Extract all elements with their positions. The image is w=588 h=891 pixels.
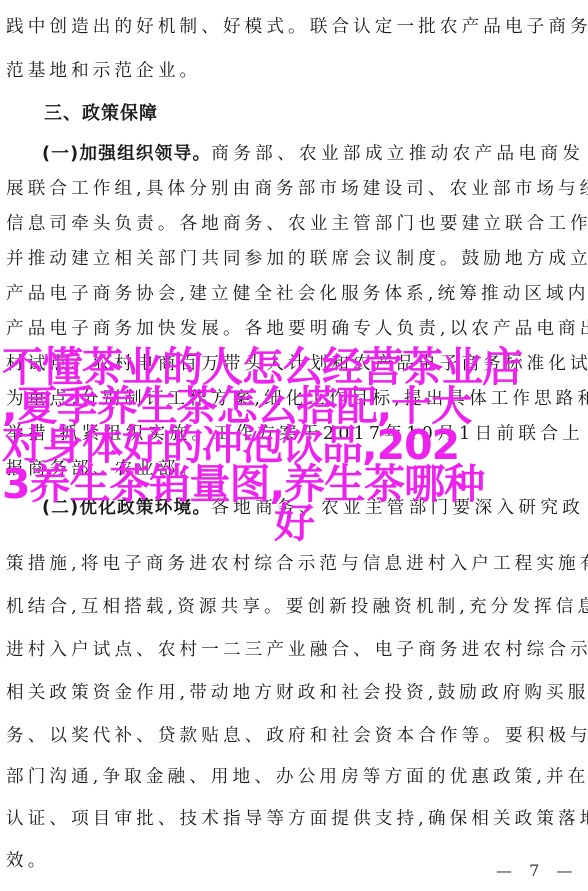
section2-label: (二)优化政策环境。 [42,498,211,518]
body-line: 报商务部、农业部。 [6,458,201,480]
body-line: 践中创造出的好机制、好模式。联合认定一批农产品电子商务示 [6,16,584,38]
section2-first-line: (二)优化政策环境。各地商务、农业主管部门要深入研究政 [42,497,584,519]
body-line: 信息司牵头负责。各地商务、农业主管部门也要建立联合工作组, [6,213,584,235]
body-line: 策措施,将电子商务进农村综合示范与信息进村入户工程实施有 [6,553,584,575]
body-line: 并推动建立相关部门共同参加的联席会议制度。鼓励地方成立农 [6,248,584,270]
body-line: 认证、项目审批、技术指导等方面提供支持,确保相关政策落地见 [6,808,584,830]
body-line: 部门沟通,争取金融、用地、办公用房等方面的优惠政策,并在资质 [6,766,584,788]
section1-label: (一)加强组织领导。 [42,144,211,164]
section2-first-line-text: 各地商务、农业主管部门要深入研究政 [211,498,584,518]
body-line: 村试点、农村电商百万带头人计划和农产品电子商务标准化试点 [6,353,584,375]
body-line: 务、以奖代补、贷款贴息、政府和社会资本合作等。要积极与有关 [6,725,584,747]
body-line: 范基地和示范企业。 [6,60,201,82]
section1-first-line: (一)加强组织领导。商务部、农业部成立推动农产品电商发 [42,143,584,165]
section1-first-line-text: 商务部、农业部成立推动农产品电商发 [211,144,584,164]
page-number: — 7 — [496,861,578,880]
body-line: 相关政策资金作用,带动地方财政和社会投资,鼓励政府购买服 [6,682,584,704]
body-line: 产品电子商务加快发展。各地要明确专人负责,以农产品电商出 [6,318,584,340]
body-line: 进村入户试点、农村一二三产业融合、电子商务进农村综合示范及 [6,639,584,661]
body-line: 举措,抓紧组织实施。工作方案于2017年10月1日前联合上 [6,423,584,445]
document-page: 践中创造出的好机制、好模式。联合认定一批农产品电子商务示 范基地和示范企业。 三… [0,0,588,891]
section-heading: 三、政策保障 [44,103,158,125]
body-line: 效。 [6,850,49,872]
body-line: 机结合,互相搭载,资源共享。要创新投融资机制,充分发挥信息 [6,596,584,618]
body-line: 产品电子商务协会,建立健全社会化服务体系,统筹推动区域内农 [6,283,584,305]
body-line: 展联合工作组,具体分别由商务部市场建设司、农业部市场与经济 [6,178,584,200]
body-line: 为重点,分别制订工作方案,细化工作目标,提出具体工作思路和 [6,388,584,410]
